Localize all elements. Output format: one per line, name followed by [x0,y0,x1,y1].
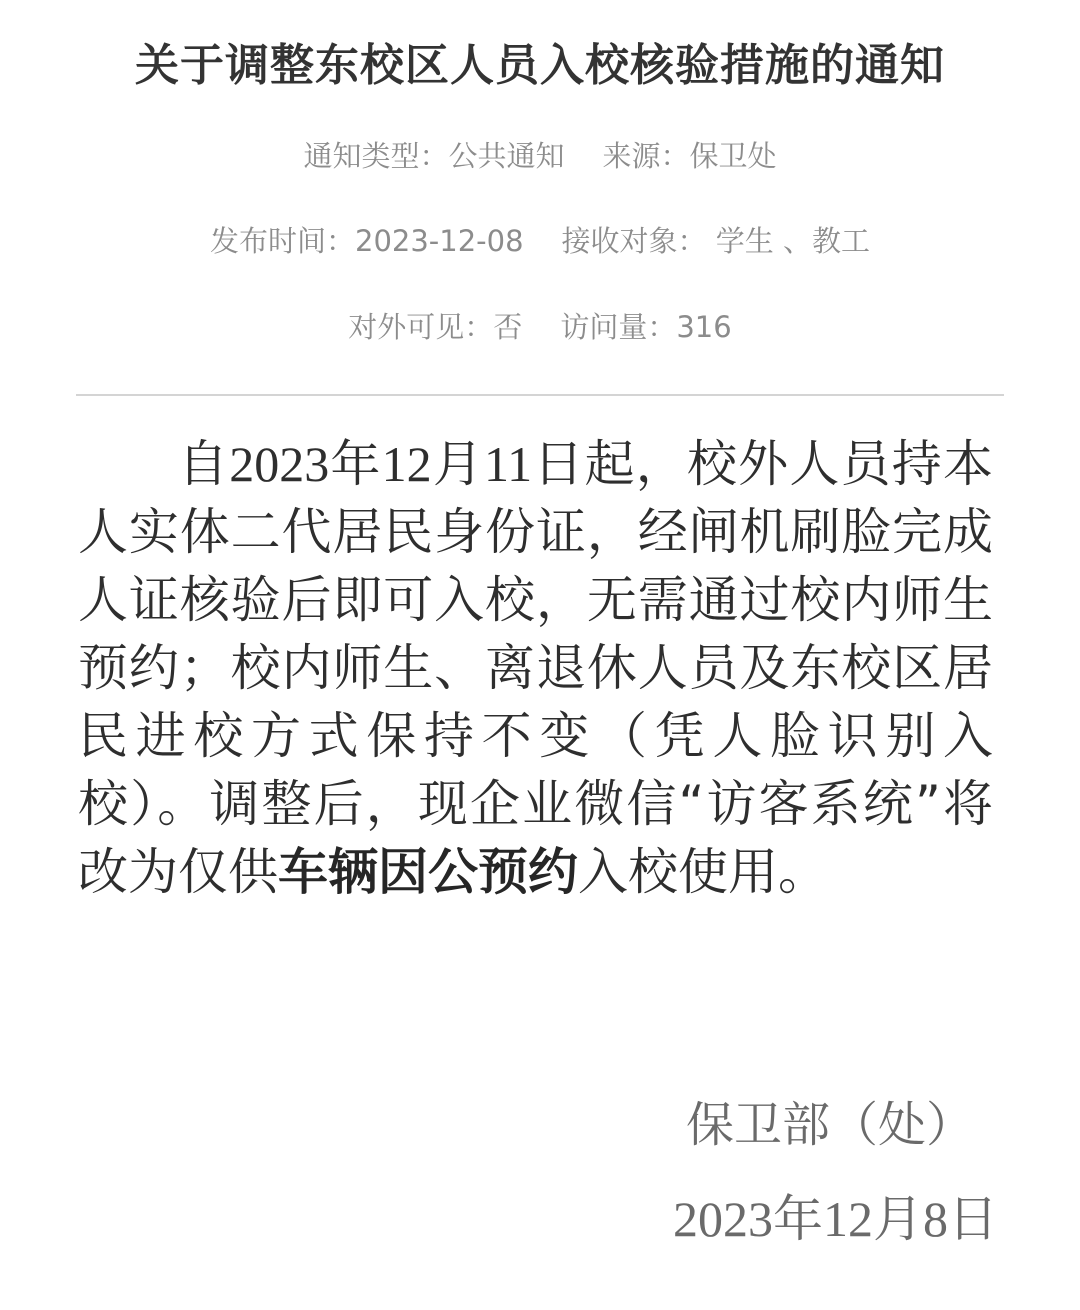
source-label: 来源： [603,139,690,173]
notice-type-label: 通知类型： [303,139,448,173]
body-day: 11 [484,436,532,492]
notice-title: 关于调整东校区人员入校核验措施的通知 [0,38,1080,94]
divider [76,394,1004,396]
publish-time-label: 发布时间： [210,224,355,258]
publish-time-value: 2023-12-08 [355,224,524,258]
body-text-start: 自 [178,435,229,493]
signature-date: 2023年12月8日 [673,1188,998,1250]
signature-department: 保卫部（处） [686,1095,974,1155]
body-month: 12 [382,436,432,492]
body-year-char: 年 [329,435,381,493]
meta-row-type-source: 通知类型：公共通知来源：保卫处 [0,136,1080,176]
body-emphasis: 车辆因公预约 [278,843,578,901]
public-visible-label: 对外可见： [348,310,493,344]
audience-label: 接收对象： [562,224,707,258]
notice-body: 自2023年12月11日起，校外人员持本人实体二代居民身份证，经闸机刷脸完成人证… [78,430,993,906]
body-text-end: 入校使用。 [578,843,828,901]
body-month-char: 月 [432,435,484,493]
body-year: 2023 [229,436,329,492]
audience-value: 学生 、教工 [707,224,870,258]
meta-row-date-audience: 发布时间：2023-12-08接收对象： 学生 、教工 [0,221,1080,261]
notice-type-value: 公共通知 [448,139,564,173]
source-value: 保卫处 [690,139,777,173]
views-count: 316 [676,310,731,344]
public-visible-value: 否 [493,310,522,344]
views-label: 访问量： [560,310,676,344]
meta-row-visibility-views: 对外可见：否访问量：316 [0,307,1080,347]
body-text-main: 日起，校外人员持本人实体二代居民身份证，经闸机刷脸完成人证核验后即可入校，无需通… [78,435,993,901]
